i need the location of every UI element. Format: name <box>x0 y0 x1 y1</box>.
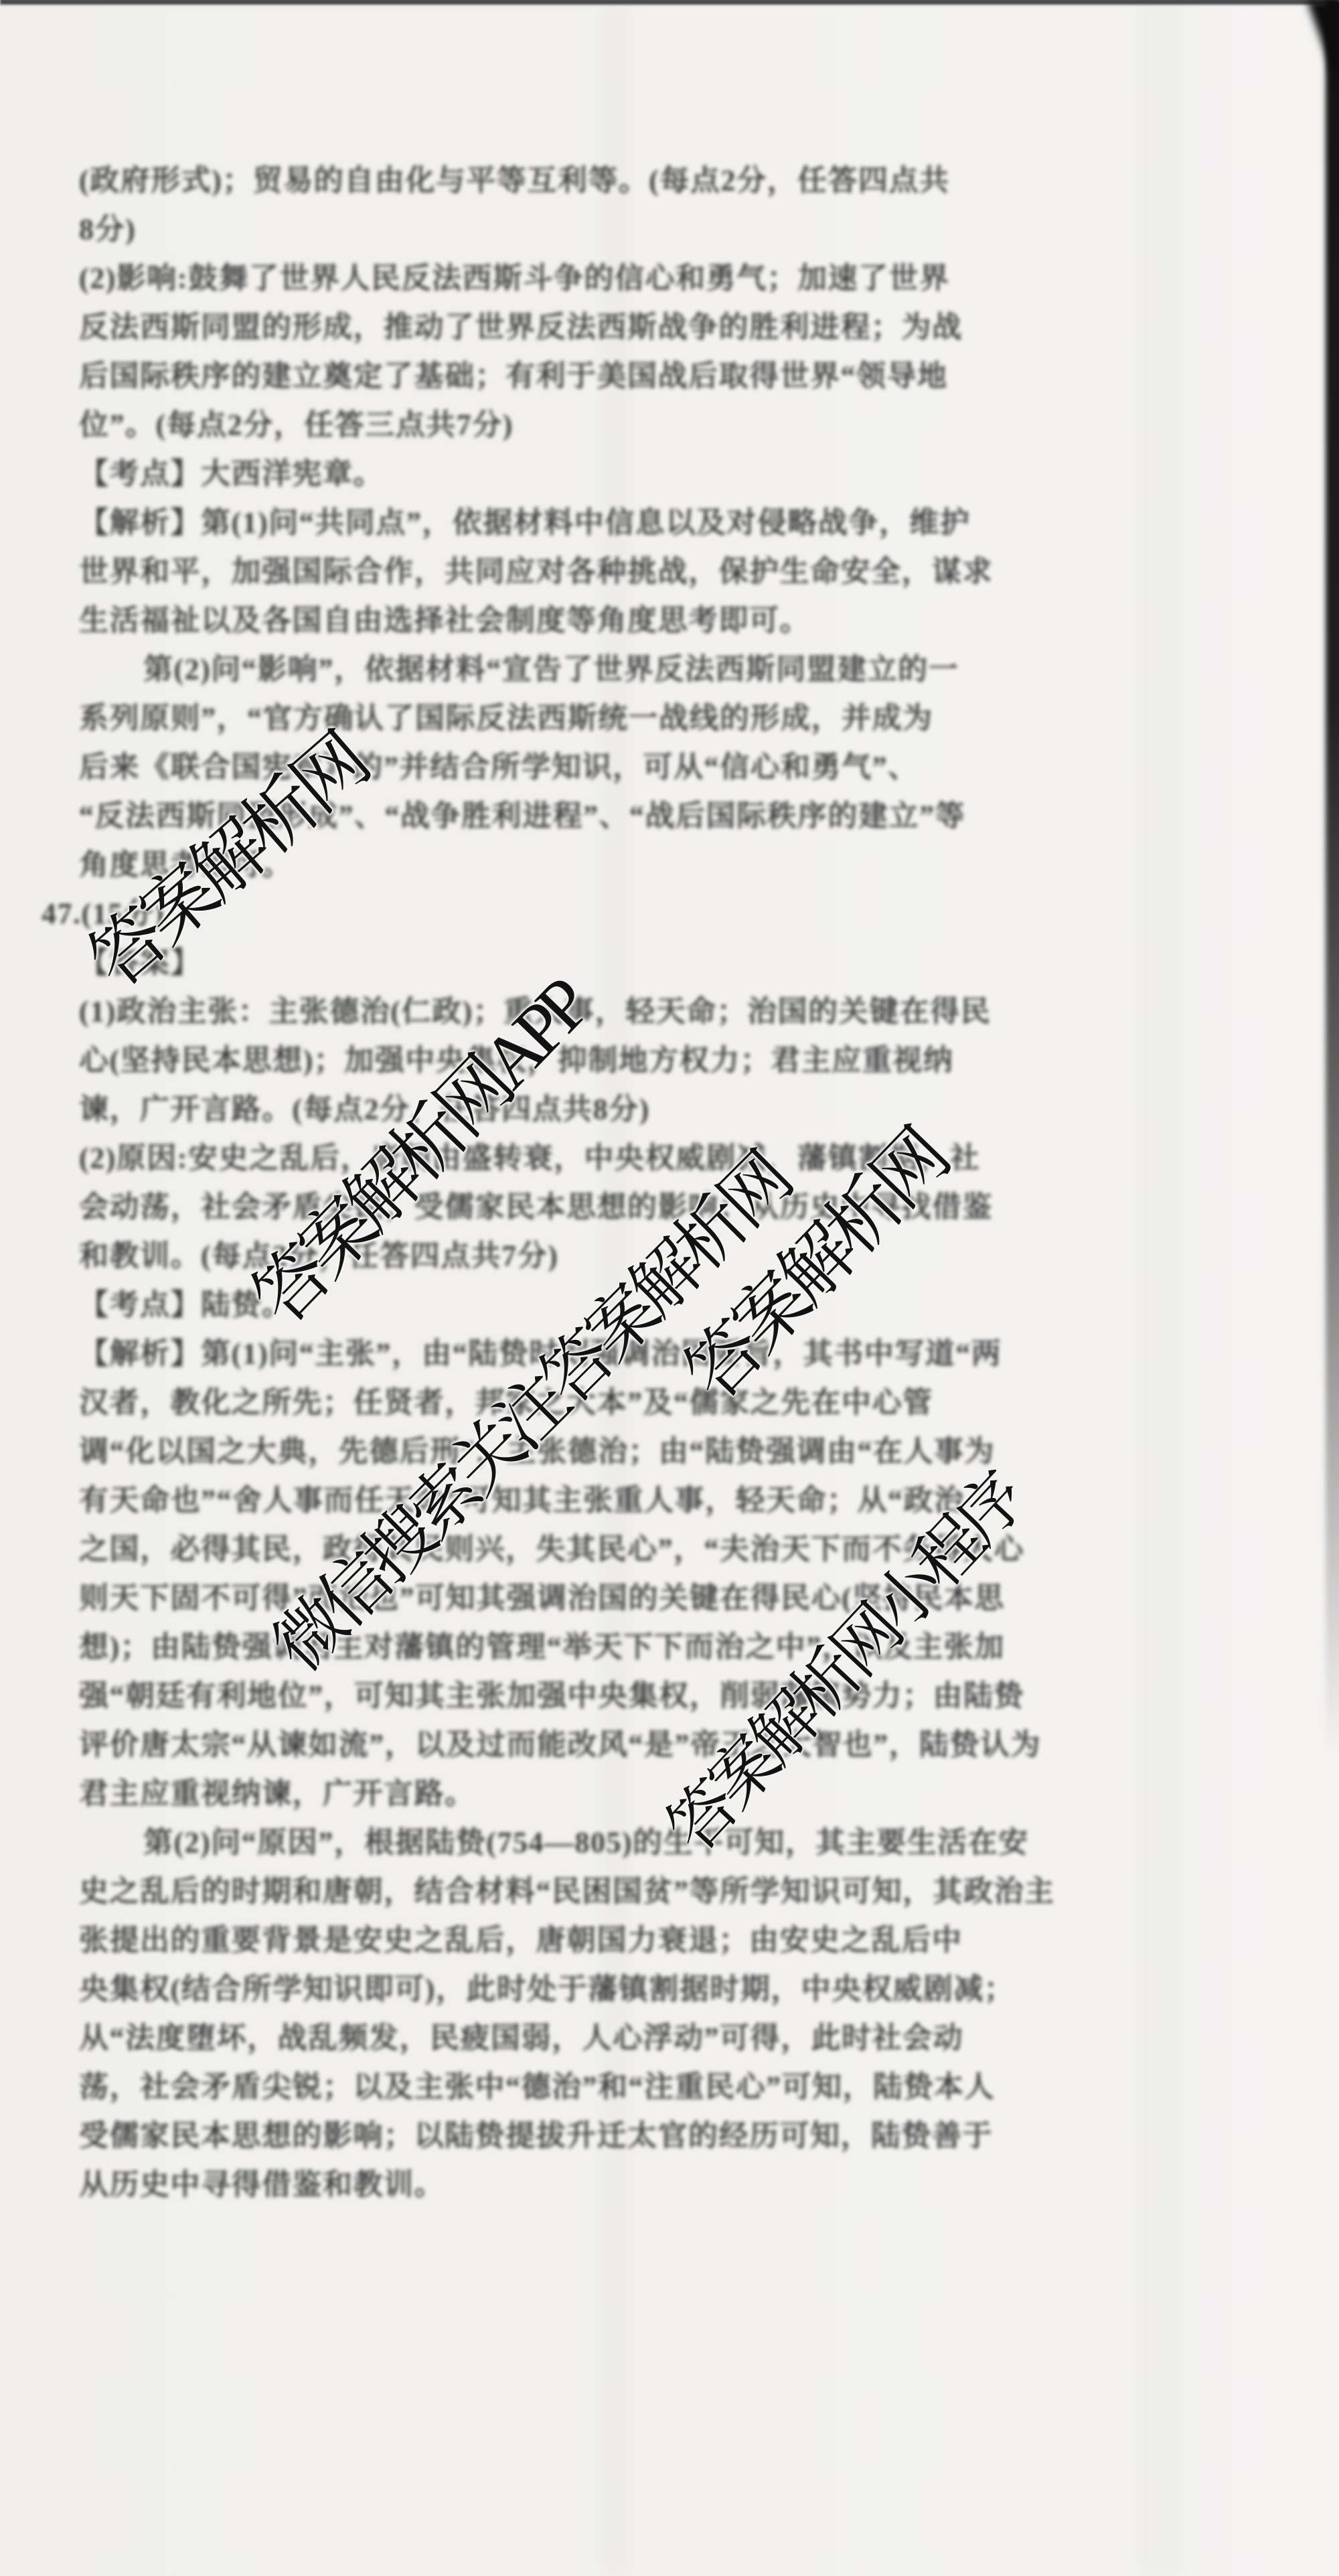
watermark-text: 答案解析网 <box>62 707 384 1006</box>
watermark-text: 答案解析网小程序 <box>641 1450 1040 1869</box>
scanned-answer-page: (政府形式)；贸易的自由化与平等互利等。(每点2分，任答四点共8分)(2)影响:… <box>0 0 1339 2576</box>
scan-corner-shadow <box>1307 0 1339 90</box>
scan-top-edge <box>0 0 1339 5</box>
watermark-layer: 答案解析网答案解析网APP微信搜索关注答案解析网答案解析网答案解析网小程序 <box>0 0 1339 2576</box>
scan-right-edge <box>1326 0 1339 1754</box>
watermark-text: 答案解析网APP <box>224 954 605 1343</box>
